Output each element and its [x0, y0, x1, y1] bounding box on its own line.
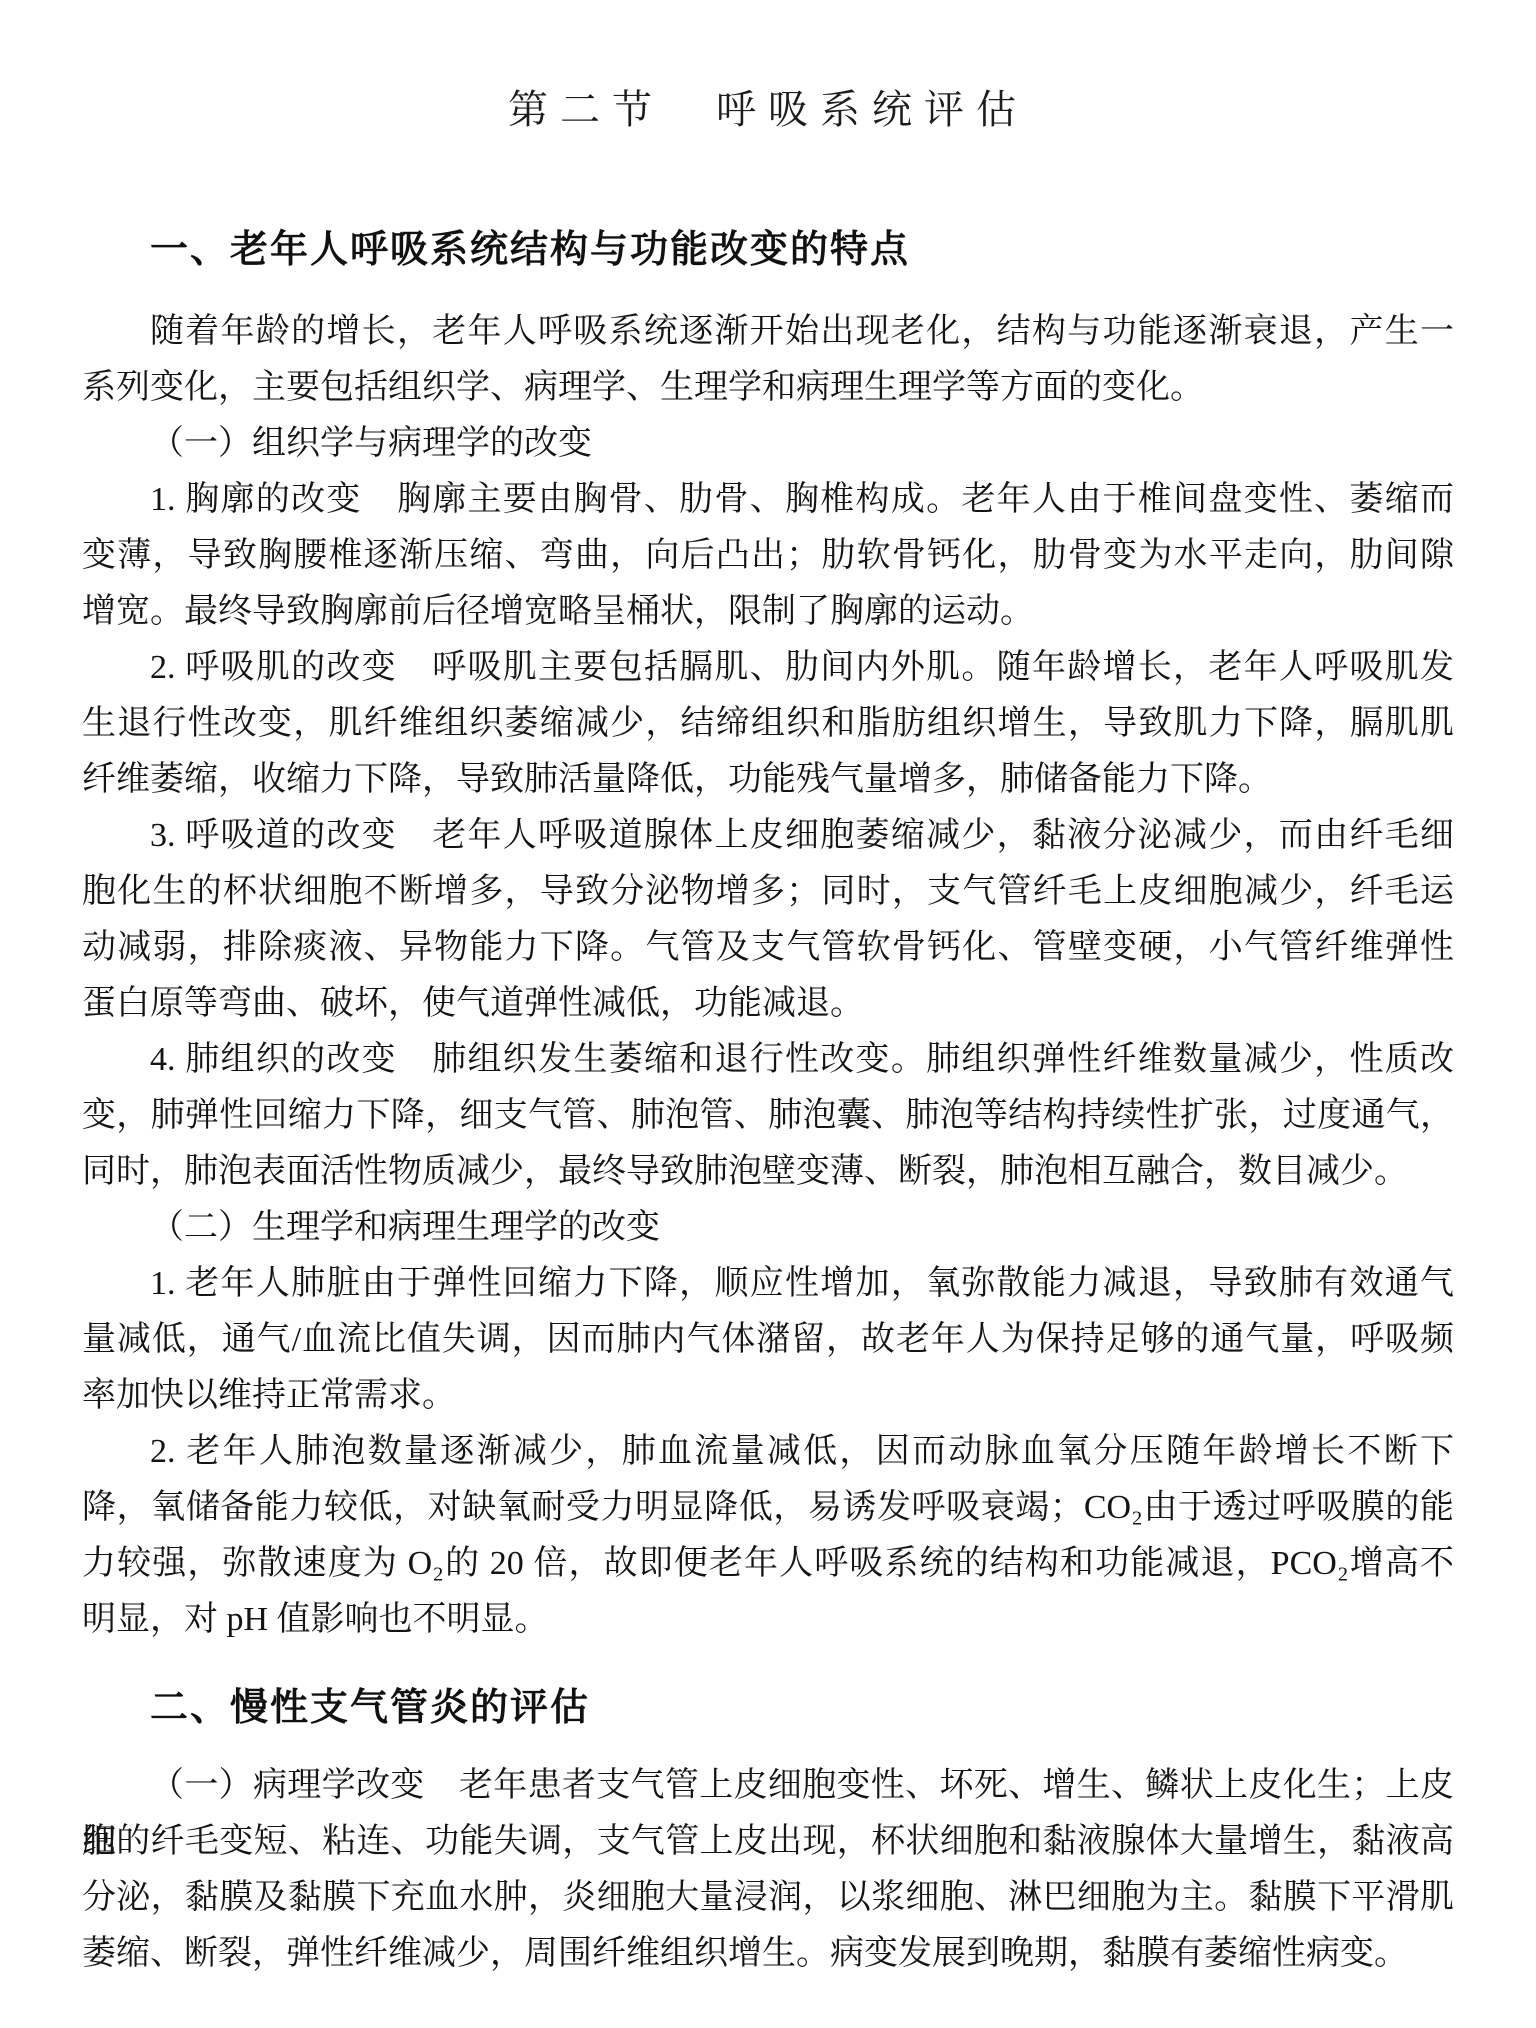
text-line: （一）组织学与病理学的改变 [82, 416, 1454, 472]
text-line: 胞的纤毛变短、粘连、功能失调，支气管上皮出现，杯状细胞和黏液腺体大量增生，黏液高 [82, 1814, 1454, 1870]
text-line: 2. 老年人肺泡数量逐渐减少，肺血流量减低，因而动脉血氧分压随年龄增长不断下 [82, 1424, 1454, 1480]
text-line: （二）生理学和病理生理学的改变 [82, 1200, 1454, 1256]
body-text-section-two: （一）病理学改变 老年患者支气管上皮细胞变性、坏死、增生、鳞状上皮化生；上皮细胞… [82, 1758, 1454, 1982]
text-line: 系列变化，主要包括组织学、病理学、生理学和病理生理学等方面的变化。 [82, 360, 1454, 416]
text-line: 明显，对 pH 值影响也不明显。 [82, 1592, 1454, 1648]
page-title: 第二节 呼吸系统评估 [0, 84, 1536, 136]
text-line: 2. 呼吸肌的改变 呼吸肌主要包括膈肌、肋间内外肌。随年龄增长，老年人呼吸肌发 [82, 640, 1454, 696]
text-line: 降，氧储备能力较低，对缺氧耐受力明显降低，易诱发呼吸衰竭；CO₂由于透过呼吸膜的… [82, 1480, 1454, 1536]
text-line: 萎缩、断裂，弹性纤维减少，周围纤维组织增生。病变发展到晚期，黏膜有萎缩性病变。 [82, 1926, 1454, 1982]
text-line: 变薄，导致胸腰椎逐渐压缩、弯曲，向后凸出；肋软骨钙化，肋骨变为水平走向，肋间隙 [82, 528, 1454, 584]
text-line: 力较强，弥散速度为 O₂的 20 倍，故即便老年人呼吸系统的结构和功能减退，PC… [82, 1536, 1454, 1592]
text-line: 1. 老年人肺脏由于弹性回缩力下降，顺应性增加，氧弥散能力减退，导致肺有效通气 [82, 1256, 1454, 1312]
text-line: 1. 胸廓的改变 胸廓主要由胸骨、肋骨、胸椎构成。老年人由于椎间盘变性、萎缩而 [82, 472, 1454, 528]
text-line: 蛋白原等弯曲、破坏，使气道弹性减低，功能减退。 [82, 976, 1454, 1032]
text-line: 胞化生的杯状细胞不断增多，导致分泌物增多；同时，支气管纤毛上皮细胞减少，纤毛运 [82, 864, 1454, 920]
text-line: 生退行性改变，肌纤维组织萎缩减少，结缔组织和脂肪组织增生，导致肌力下降，膈肌肌 [82, 696, 1454, 752]
heading-section-one: 一、老年人呼吸系统结构与功能改变的特点 [150, 226, 910, 274]
document-page: 第二节 呼吸系统评估 一、老年人呼吸系统结构与功能改变的特点 随着年龄的增长，老… [0, 0, 1536, 2028]
text-line: 分泌，黏膜及黏膜下充血水肿，炎细胞大量浸润，以浆细胞、淋巴细胞为主。黏膜下平滑肌 [82, 1870, 1454, 1926]
heading-section-two: 二、慢性支气管炎的评估 [150, 1684, 590, 1732]
text-line: 量减低，通气/血流比值失调，因而肺内气体潴留，故老年人为保持足够的通气量，呼吸频 [82, 1312, 1454, 1368]
text-line: 率加快以维持正常需求。 [82, 1368, 1454, 1424]
text-line: 变，肺弹性回缩力下降，细支气管、肺泡管、肺泡囊、肺泡等结构持续性扩张，过度通气， [82, 1088, 1454, 1144]
text-line: 纤维萎缩，收缩力下降，导致肺活量降低，功能残气量增多，肺储备能力下降。 [82, 752, 1454, 808]
text-line: 动减弱，排除痰液、异物能力下降。气管及支气管软骨钙化、管壁变硬，小气管纤维弹性 [82, 920, 1454, 976]
text-line: 4. 肺组织的改变 肺组织发生萎缩和退行性改变。肺组织弹性纤维数量减少，性质改 [82, 1032, 1454, 1088]
text-line: 3. 呼吸道的改变 老年人呼吸道腺体上皮细胞萎缩减少，黏液分泌减少，而由纤毛细 [82, 808, 1454, 864]
text-line: 随着年龄的增长，老年人呼吸系统逐渐开始出现老化，结构与功能逐渐衰退，产生一 [82, 304, 1454, 360]
text-line: （一）病理学改变 老年患者支气管上皮细胞变性、坏死、增生、鳞状上皮化生；上皮细 [82, 1758, 1454, 1814]
body-text-section-one: 随着年龄的增长，老年人呼吸系统逐渐开始出现老化，结构与功能逐渐衰退，产生一系列变… [82, 304, 1454, 1648]
text-line: 同时，肺泡表面活性物质减少，最终导致肺泡壁变薄、断裂，肺泡相互融合，数目减少。 [82, 1144, 1454, 1200]
text-line: 增宽。最终导致胸廓前后径增宽略呈桶状，限制了胸廓的运动。 [82, 584, 1454, 640]
